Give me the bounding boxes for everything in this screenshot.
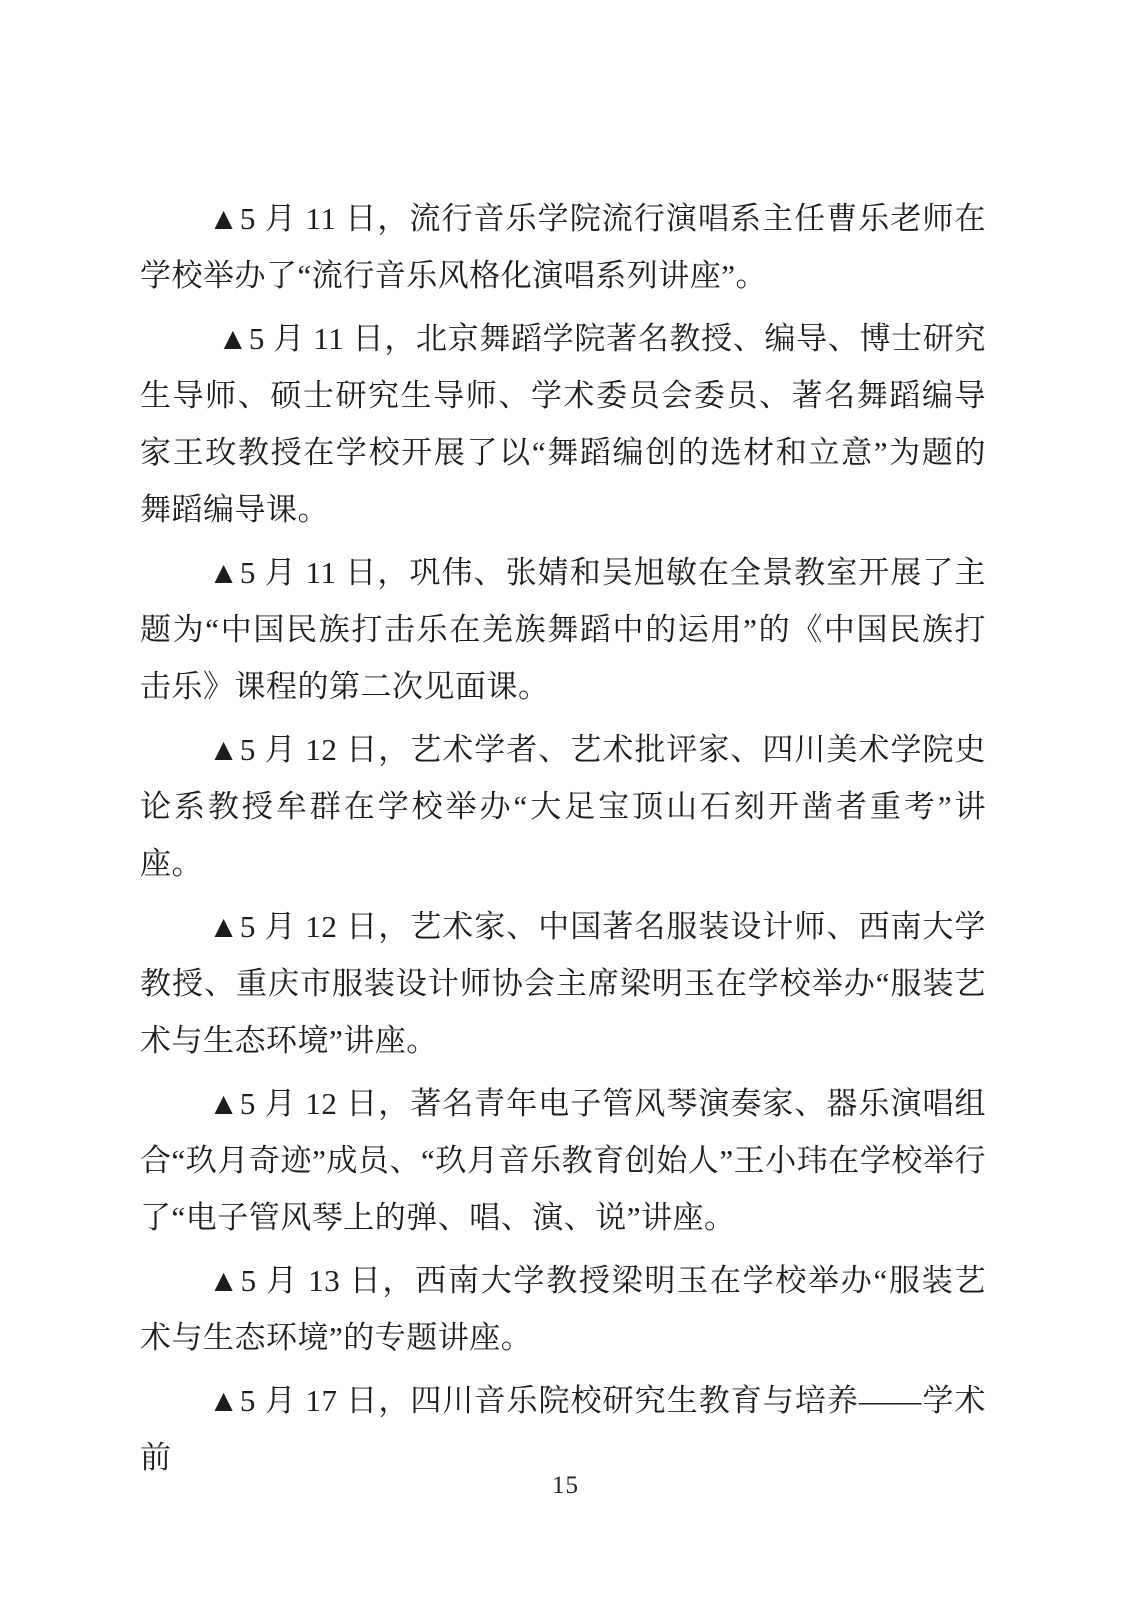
paragraph-event-7: ▲5 月 13 日，西南大学教授梁明玉在学校举办“服装艺术与生态环境”的专题讲座… — [140, 1252, 986, 1366]
paragraph-event-6: ▲5 月 12 日，著名青年电子管风琴演奏家、器乐演唱组合“玖月奇迹”成员、“玖… — [140, 1075, 986, 1246]
paragraph-event-8: ▲5 月 17 日，四川音乐院校研究生教育与培养——学术前 — [140, 1372, 986, 1486]
paragraph-event-2: ▲5 月 11 日，北京舞蹈学院著名教授、编导、博士研究生导师、硕士研究生导师、… — [140, 310, 986, 538]
document-page: ▲5 月 11 日，流行音乐学院流行演唱系主任曹乐老师在学校举办了“流行音乐风格… — [0, 0, 1131, 1600]
paragraph-event-3: ▲5 月 11 日，巩伟、张婧和吴旭敏在全景教室开展了主题为“中国民族打击乐在羌… — [140, 544, 986, 715]
document-body: ▲5 月 11 日，流行音乐学院流行演唱系主任曹乐老师在学校举办了“流行音乐风格… — [140, 190, 986, 1486]
page-number: 15 — [0, 1472, 1131, 1500]
paragraph-event-4: ▲5 月 12 日，艺术学者、艺术批评家、四川美术学院史论系教授牟群在学校举办“… — [140, 721, 986, 892]
paragraph-event-1: ▲5 月 11 日，流行音乐学院流行演唱系主任曹乐老师在学校举办了“流行音乐风格… — [140, 190, 986, 304]
paragraph-event-5: ▲5 月 12 日，艺术家、中国著名服装设计师、西南大学教授、重庆市服装设计师协… — [140, 898, 986, 1069]
